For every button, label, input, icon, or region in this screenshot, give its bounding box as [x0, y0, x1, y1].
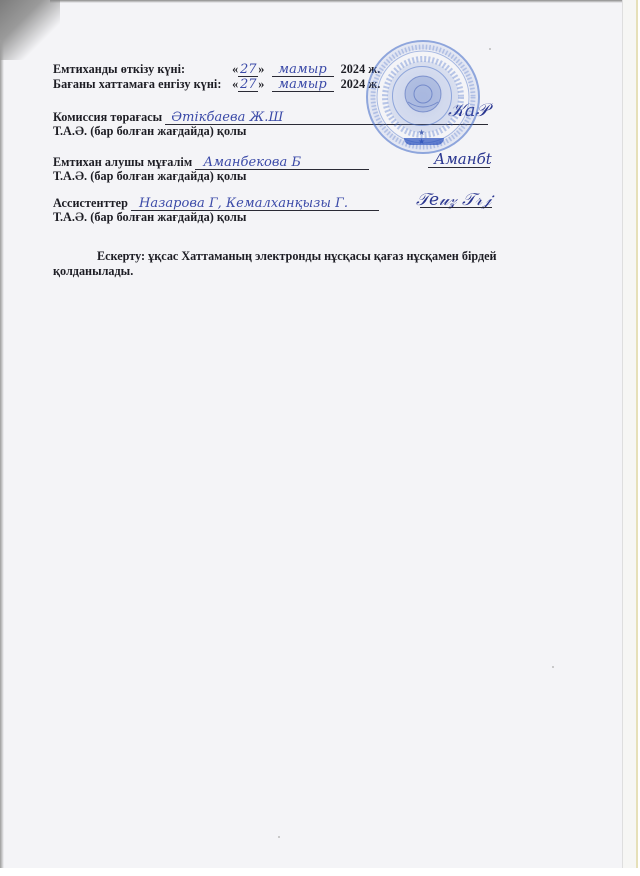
exam-date-label: Емтиханды өткізу күні: [53, 62, 199, 77]
assistants-signature-underline [420, 207, 492, 208]
entry-date-month: мамыр [272, 78, 334, 92]
scan-speck [489, 48, 491, 50]
scan-right-margin [622, 0, 637, 868]
seal-emblem-icon [392, 66, 452, 126]
scan-speck [278, 836, 280, 838]
assistants-row: Ассистенттер Назарова Г, Кемалханқызы Г. [53, 196, 379, 211]
chairman-role: Комиссия төрағасы [53, 110, 162, 124]
chairman-name: Әтікбаева Ж.Ш [165, 111, 321, 125]
teacher-row: Емтихан алушы мұғалім Аманбекова Б [53, 155, 369, 170]
close-quote: » [258, 62, 264, 76]
chairman-row: Комиссия төрағасы Әтікбаева Ж.Ш [53, 110, 321, 125]
exam-date-month: мамыр [272, 63, 334, 77]
scanned-page: Емтиханды өткізу күні: «27» мамыр 2024 ж… [0, 0, 622, 868]
assistants-names: Назарова Г, Кемалханқызы Г. [131, 197, 379, 211]
note-line-2: қолданылады. [53, 264, 133, 278]
scan-right-edge [636, 0, 638, 868]
teacher-signature: Аманб𝑡 [434, 150, 492, 168]
exam-date-row: Емтиханды өткізу күні: «27» мамыр 2024 ж… [53, 62, 380, 77]
exam-date-day: 27 [238, 63, 258, 77]
assistants-caption: Т.А.Ә. (бар болған жағдайда) қолы [53, 210, 246, 225]
close-quote: » [258, 77, 264, 91]
official-seal-icon: ★★ [366, 40, 480, 154]
entry-date-row: Бағаны хаттамаға енгізу күні: «27» мамыр… [53, 77, 380, 92]
scan-speck [552, 666, 554, 668]
protocol-document: Емтиханды өткізу күні: «27» мамыр 2024 ж… [0, 0, 622, 868]
teacher-role: Емтихан алушы мұғалім [53, 155, 192, 169]
teacher-caption: Т.А.Ә. (бар болған жағдайда) қолы [53, 169, 246, 184]
note-paragraph: Ескерту: ұқсас Хаттаманың электронды нұс… [53, 249, 523, 279]
seal-bar-icon [404, 138, 444, 145]
entry-date-day: 27 [238, 78, 258, 92]
assistants-role: Ассистенттер [53, 196, 128, 210]
teacher-name: Аманбекова Б [195, 156, 369, 170]
teacher-signature-underline [428, 167, 490, 168]
note-line-1: Ескерту: ұқсас Хаттаманың электронды нұс… [97, 249, 497, 263]
entry-date-label: Бағаны хаттамаға енгізу күні: [53, 77, 229, 92]
chairman-caption: Т.А.Ә. (бар болған жағдайда) қолы [53, 124, 246, 139]
